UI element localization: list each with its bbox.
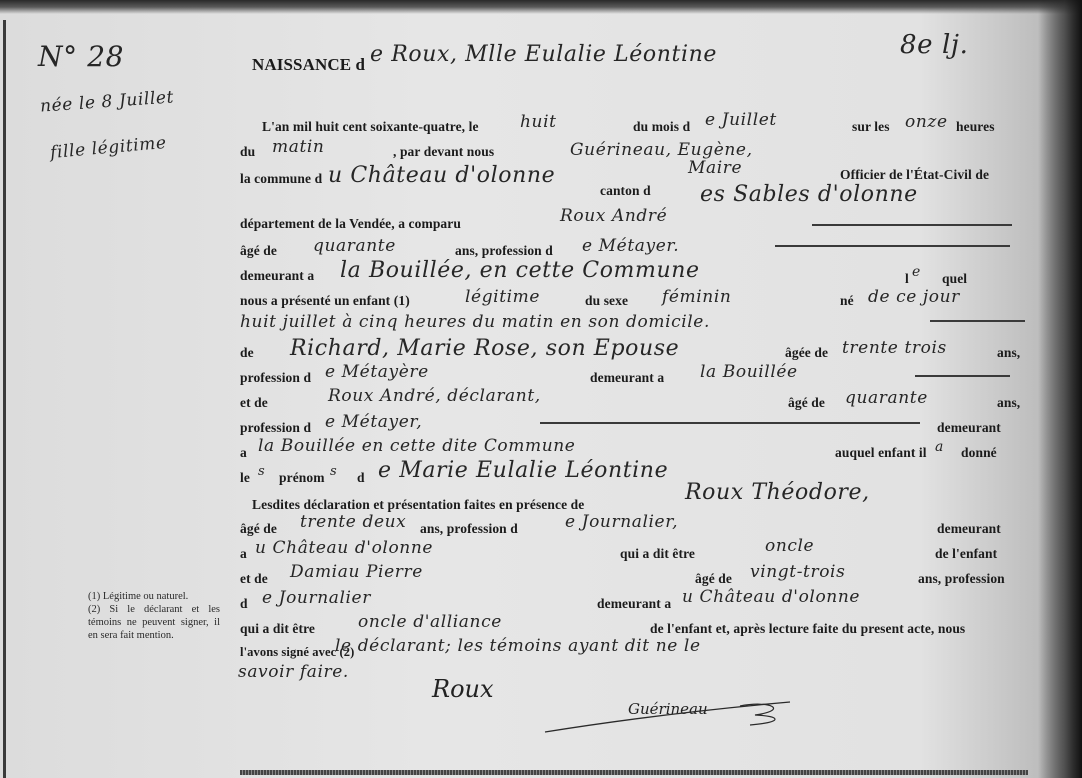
handwritten-text: de ce jour — [868, 287, 960, 307]
handwritten-witness1-profession: e Journalier, — [565, 512, 678, 532]
printed-text: du — [240, 144, 255, 160]
printed-text: âgé de — [240, 243, 277, 259]
handwritten-father-age: quarante — [845, 388, 928, 408]
handwritten-profession: e Métayer. — [582, 236, 679, 256]
printed-text: de — [240, 345, 254, 361]
handwritten-residence: la Bouillée, en cette Commune — [340, 258, 700, 283]
handwritten-month: e Juillet — [705, 110, 777, 130]
handwritten-father-residence: la Bouillée en cette dite Commune — [258, 436, 575, 456]
printed-text: et de — [240, 571, 268, 587]
handwritten-witness2-name: Damiau Pierre — [290, 562, 423, 582]
handwritten-age: quarante — [313, 236, 396, 256]
handwritten-witness2-relation: oncle d'alliance — [358, 612, 502, 632]
handwritten-signing-statement: le déclarant; les témoins ayant dit ne l… — [335, 636, 701, 656]
handwritten-day: huit — [520, 112, 557, 132]
document-title: NAISSANCE d — [252, 55, 365, 75]
handwritten-officer-name: Guérineau, Eugène, — [570, 140, 753, 160]
margin-legitimacy-note: fille légitime — [49, 133, 167, 163]
register-page: N° 28 née le 8 Juillet fille légitime NA… — [0, 0, 1082, 778]
handwritten-witness1-residence: u Château d'olonne — [255, 538, 433, 558]
handwritten-witness2-residence: u Château d'olonne — [682, 587, 860, 607]
handwritten-hour: onze — [905, 112, 948, 132]
footnote-2: (2) Si le déclarant et les témoins ne pe… — [88, 603, 220, 642]
printed-text: profession d — [240, 420, 311, 436]
handwritten-canton: es Sables d'olonne — [700, 182, 918, 207]
printed-text: l — [905, 271, 909, 287]
printed-text: né — [840, 293, 854, 309]
handwritten-declarant: Roux André — [560, 206, 667, 226]
page-top-shadow — [0, 0, 1082, 14]
printed-text: âgée de — [785, 345, 828, 361]
folio-number: 8e lj. — [900, 30, 968, 60]
footnote-1: (1) Légitime ou naturel. — [88, 590, 188, 603]
printed-text: Officier de l'État-Civil de — [840, 167, 989, 183]
fill-line — [915, 375, 1010, 377]
handwritten-witness1-relation: oncle — [765, 536, 814, 556]
act-number: N° 28 — [38, 40, 124, 73]
printed-text: la commune d — [240, 171, 322, 187]
handwritten-time-of-day: matin — [272, 137, 324, 157]
printed-text: ans, — [997, 345, 1020, 361]
handwritten-text: s — [330, 464, 337, 479]
handwritten-mother-name: Richard, Marie Rose, son Epouse — [290, 336, 679, 361]
fill-line — [930, 320, 1025, 322]
printed-text: profession d — [240, 370, 311, 386]
printed-text: qui a dit être — [240, 621, 315, 637]
left-margin-rule — [3, 20, 6, 778]
signature-declarant: Roux — [432, 675, 494, 703]
margin-birth-note: née le 8 Juillet — [39, 87, 174, 116]
printed-text: canton d — [600, 183, 651, 199]
printed-text: département de la Vendée, a comparu — [240, 216, 461, 232]
handwritten-text: e — [912, 264, 921, 280]
handwritten-mother-residence: la Bouillée — [700, 362, 798, 382]
printed-text: ans, profession d — [420, 521, 518, 537]
handwritten-father-name: Roux André, déclarant, — [328, 386, 541, 406]
printed-text: demeurant — [937, 521, 1001, 537]
printed-text: d — [240, 596, 248, 612]
printed-text: âgé de — [788, 395, 825, 411]
printed-text: demeurant a — [240, 268, 314, 284]
handwritten-witness2-profession: e Journalier — [262, 588, 371, 608]
handwritten-given-names: e Marie Eulalie Léontine — [378, 458, 668, 483]
handwritten-commune: u Château d'olonne — [328, 163, 555, 188]
printed-text: et de — [240, 395, 268, 411]
printed-text: a — [240, 445, 247, 461]
printed-text: auquel enfant il — [835, 445, 927, 461]
printed-text: L'an mil huit cent soixante-quatre, le — [262, 119, 479, 135]
handwritten-witness2-age: vingt-trois — [750, 562, 845, 582]
signature-flourish — [540, 690, 800, 740]
handwritten-witness1-age: trente deux — [300, 512, 406, 532]
printed-text: heures — [956, 119, 995, 135]
printed-text: quel — [942, 271, 967, 287]
printed-text: âgé de — [240, 521, 277, 537]
handwritten-text: a — [935, 439, 944, 455]
printed-text: de l'enfant — [935, 546, 997, 562]
printed-text: du mois d — [633, 119, 690, 135]
printed-text: prénom — [279, 470, 325, 486]
printed-text: qui a dit être — [620, 546, 695, 562]
handwritten-mother-profession: e Métayère — [325, 362, 429, 382]
printed-text: , par devant nous — [393, 144, 494, 160]
printed-text: demeurant a — [590, 370, 664, 386]
printed-text: âgé de — [695, 571, 732, 587]
printed-text: d — [357, 470, 365, 486]
handwritten-text: s — [258, 464, 265, 479]
fill-line — [775, 245, 1010, 247]
child-name-title: e Roux, Mlle Eulalie Léontine — [370, 42, 717, 67]
fill-line — [540, 422, 920, 424]
handwritten-sex: féminin — [662, 287, 731, 307]
printed-text: sur les — [852, 119, 890, 135]
handwritten-title-maire: Maire — [688, 158, 742, 178]
handwritten-legitimacy: légitime — [465, 287, 540, 307]
handwritten-birth-details: huit juillet à cinq heures du matin en s… — [240, 312, 710, 332]
fill-line — [812, 224, 1012, 226]
printed-text: donné — [961, 445, 997, 461]
handwritten-signing-statement-end: savoir faire. — [238, 662, 349, 682]
printed-text: du sexe — [585, 293, 628, 309]
printed-text: a — [240, 546, 247, 562]
printed-text: Lesdites déclaration et présentation fai… — [252, 497, 584, 513]
printed-text: de l'enfant et, après lecture faite du p… — [650, 621, 965, 637]
handwritten-witness1-name: Roux Théodore, — [685, 480, 870, 505]
printed-text: ans, profession d — [455, 243, 553, 259]
bottom-double-rule — [240, 770, 1028, 775]
handwritten-mother-age: trente trois — [842, 338, 947, 358]
printed-text: nous a présenté un enfant (1) — [240, 293, 410, 309]
printed-text: demeurant — [937, 420, 1001, 436]
printed-text: ans, — [997, 395, 1020, 411]
printed-text: le — [240, 470, 250, 486]
handwritten-father-profession: e Métayer, — [325, 412, 422, 432]
page-right-shadow — [1038, 0, 1082, 778]
printed-text: demeurant a — [597, 596, 671, 612]
printed-text: ans, profession — [918, 571, 1005, 587]
